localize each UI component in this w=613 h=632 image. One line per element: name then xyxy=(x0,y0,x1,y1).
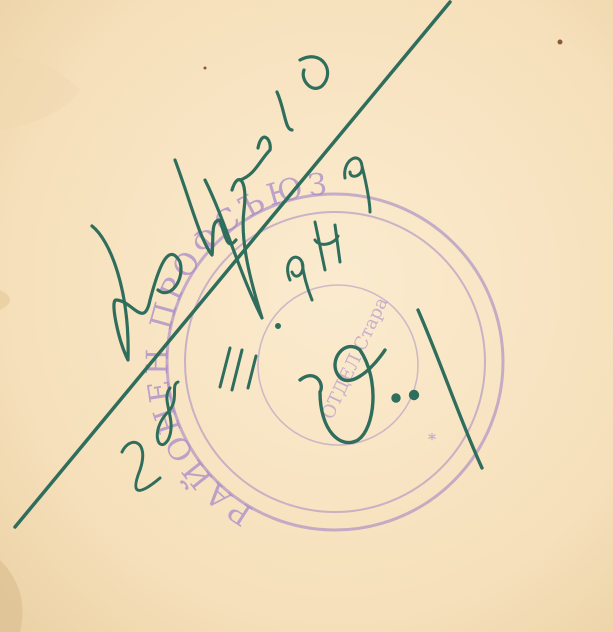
paper-speck xyxy=(204,67,207,70)
paper-speck xyxy=(558,40,563,45)
paper-background xyxy=(0,0,613,632)
stamp-star: * xyxy=(428,430,440,449)
paper-canvas: РАЙОНЕН ПРОФСЪЮЗ ОТДЕЛ Стара * xyxy=(0,0,613,632)
document-scan: РАЙОНЕН ПРОФСЪЮЗ ОТДЕЛ Стара * xyxy=(0,0,613,632)
